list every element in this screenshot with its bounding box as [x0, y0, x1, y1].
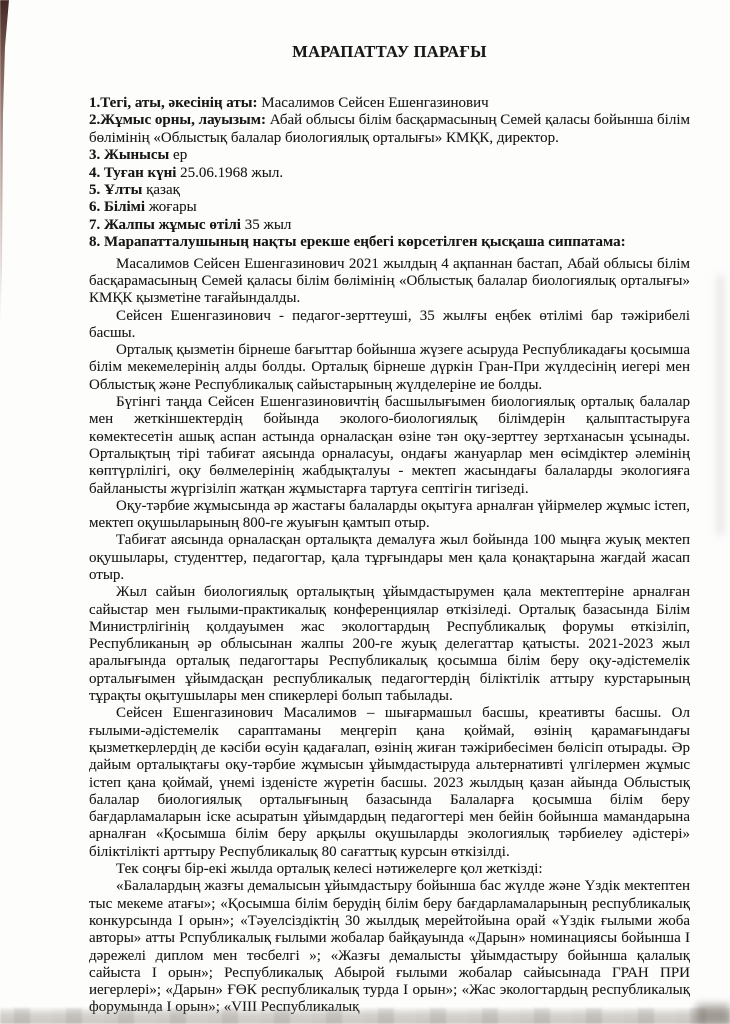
- field-row-name: 1.Тегі, аты, әкесінің аты: Масалимов Сей…: [89, 95, 690, 112]
- body-paragraph: Жыл сайын биологиялық орталықтың ұйымдас…: [89, 584, 690, 705]
- field-label: 8. Марапатталушының нақты ерекше еңбегі …: [89, 234, 626, 250]
- document-title: МАРАПАТТАУ ПАРАҒЫ: [89, 42, 690, 62]
- field-value: жоғары: [149, 199, 197, 215]
- field-value: қазақ: [146, 182, 180, 198]
- scan-smudge-artifact: [717, 275, 724, 535]
- field-label: 4. Туған күні: [89, 165, 176, 181]
- field-row-description-heading: 8. Марапатталушының нақты ерекше еңбегі …: [89, 234, 690, 251]
- body-paragraph: «Балалардың жазғы демалысын ұйымдастыру …: [89, 878, 690, 1016]
- field-row-experience: 7. Жалпы жұмыс өтілі 35 жыл: [89, 217, 690, 234]
- field-value: ер: [173, 147, 187, 163]
- field-value: 35 жыл: [245, 217, 292, 233]
- field-label: 7. Жалпы жұмыс өтілі: [89, 217, 241, 233]
- body-paragraph: Табиғат аясында орналасқан орталықта дем…: [89, 532, 690, 584]
- body-paragraph: Орталық қызметін бірнеше бағыттар бойынш…: [89, 342, 690, 394]
- field-row-gender: 3. Жынысы ер: [89, 147, 690, 164]
- field-value: Масалимов Сейсен Ешенгазинович: [261, 95, 488, 111]
- field-row-nationality: 5. Ұлты қазақ: [89, 182, 690, 199]
- body-paragraph: Оқу-тәрбие жұмысында әр жастағы балалард…: [89, 498, 690, 533]
- field-label: 2.Жұмыс орны, лауызым:: [89, 112, 266, 128]
- scan-corner-artifact: [696, 1004, 730, 1024]
- body-paragraph: Масалимов Сейсен Ешенгазинович 2021 жылд…: [89, 256, 690, 308]
- field-row-education: 6. Білімі жоғары: [89, 199, 690, 216]
- document-body: Масалимов Сейсен Ешенгазинович 2021 жылд…: [89, 256, 690, 1017]
- scanned-document-page: МАРАПАТТАУ ПАРАҒЫ 1.Тегі, аты, әкесінің …: [0, 0, 730, 1024]
- field-label: 5. Ұлты: [89, 182, 142, 198]
- field-value: 25.06.1968 жыл.: [180, 165, 283, 181]
- scan-bottom-artifact: [0, 1008, 730, 1024]
- scan-edge-artifact: [0, 0, 10, 335]
- body-paragraph: Сейсен Ешенгазинович Масалимов – шығарма…: [89, 705, 690, 861]
- field-label: 3. Жынысы: [89, 147, 169, 163]
- fields-list: 1.Тегі, аты, әкесінің аты: Масалимов Сей…: [89, 95, 690, 252]
- document-content: МАРАПАТТАУ ПАРАҒЫ 1.Тегі, аты, әкесінің …: [89, 0, 690, 1017]
- field-row-birthdate: 4. Туған күні 25.06.1968 жыл.: [89, 165, 690, 182]
- field-label: 1.Тегі, аты, әкесінің аты:: [89, 95, 258, 111]
- field-row-workplace: 2.Жұмыс орны, лауызым: Абай облысы білім…: [89, 112, 690, 147]
- body-paragraph: Бүгінгі таңда Сейсен Ешенгазиновичтің ба…: [89, 394, 690, 498]
- field-label: 6. Білімі: [89, 199, 145, 215]
- body-paragraph: Тек соңғы бір-екі жылда орталық келесі н…: [89, 861, 690, 878]
- body-paragraph: Сейсен Ешенгазинович - педагог-зерттеуші…: [89, 308, 690, 343]
